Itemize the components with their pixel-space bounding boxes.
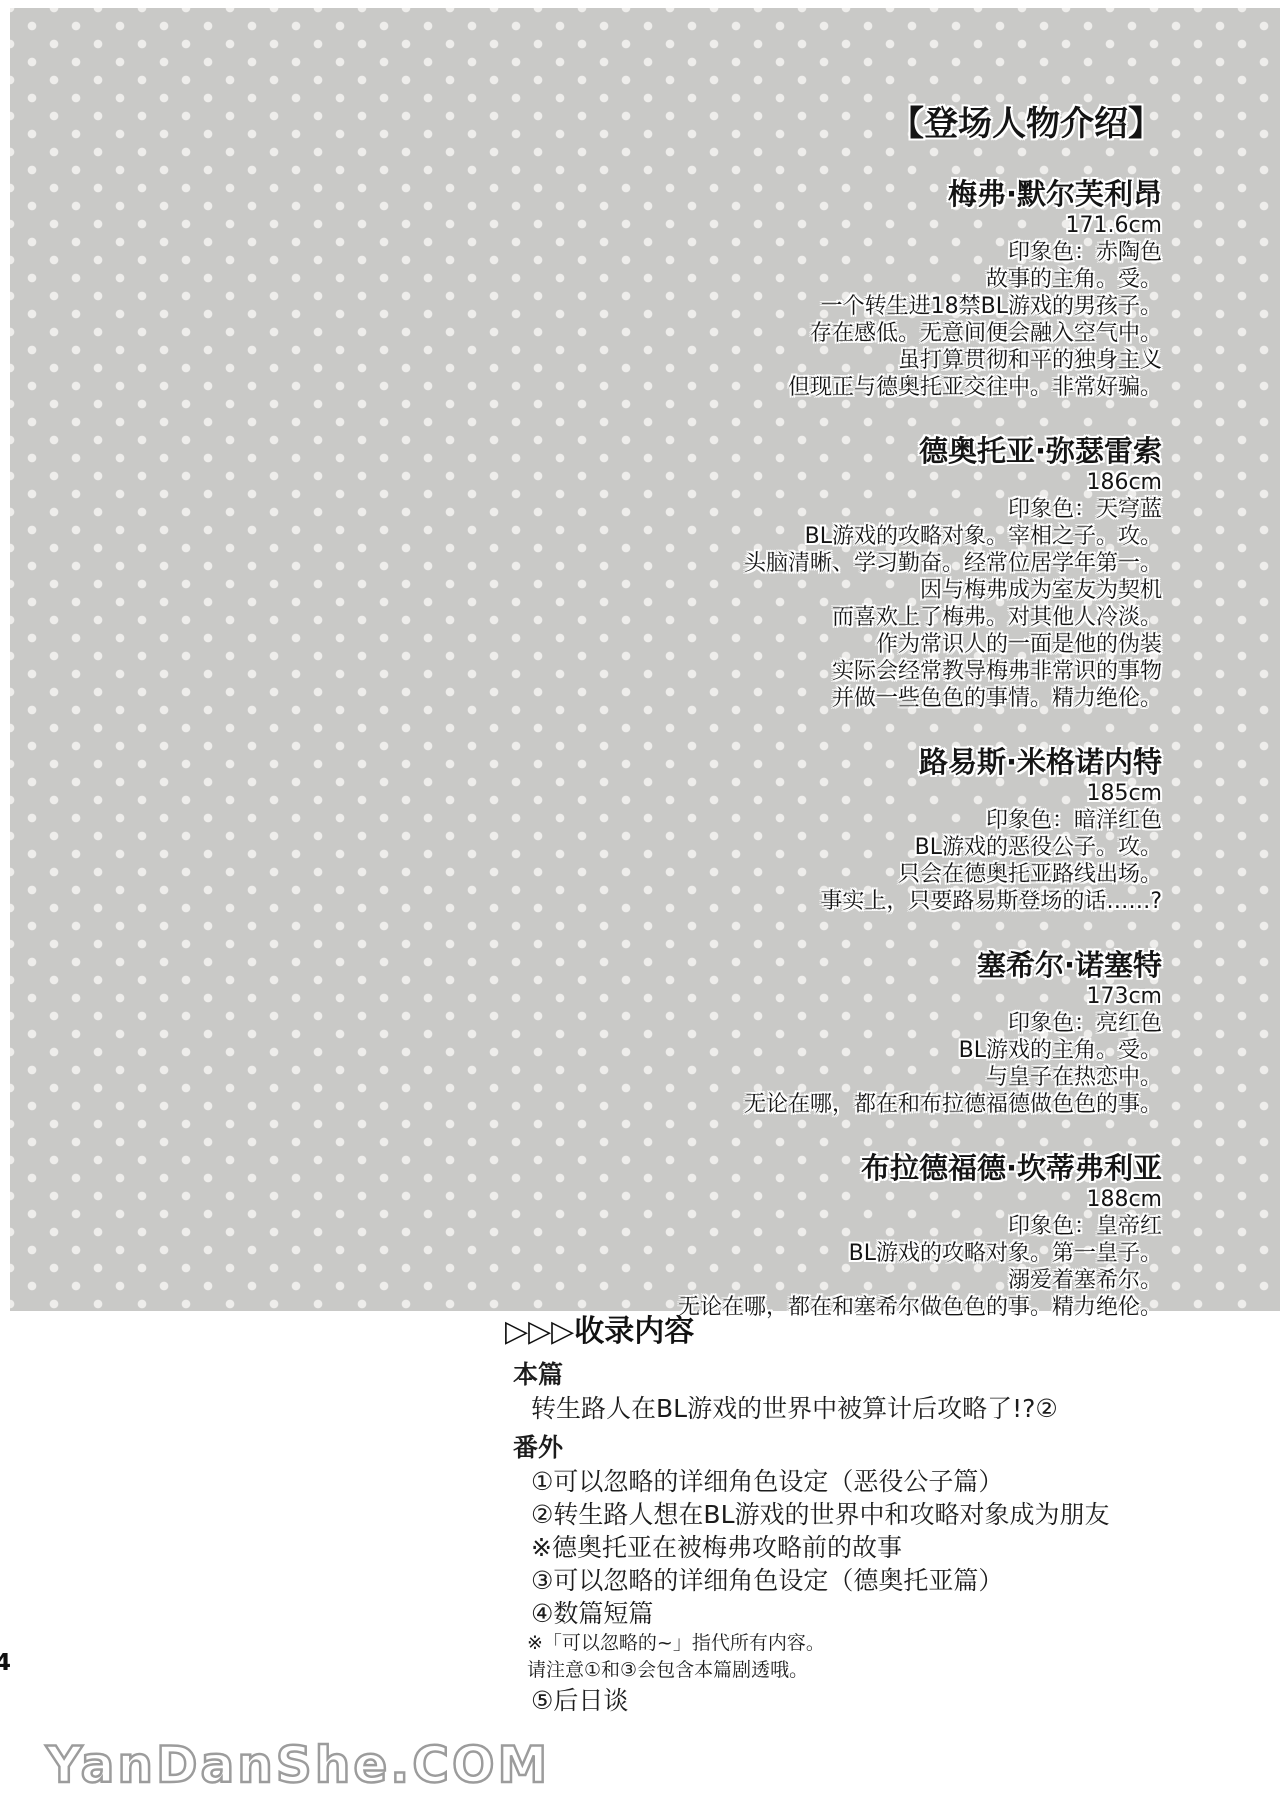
extras-header: 番外 xyxy=(513,1431,1225,1465)
page-number: 4 xyxy=(0,1650,11,1676)
character-description-line: 只会在德奥托亚路线出场。 xyxy=(100,861,1162,888)
character-description-line: 印象色：天穹蓝 xyxy=(100,496,1162,523)
character-description-line: 印象色：皇帝红 xyxy=(100,1213,1162,1240)
character-name: 德奥托亚·弥瑟雷索 xyxy=(100,433,1162,469)
character-block: 路易斯·米格诺内特 185cm 印象色：暗洋红色 BL游戏的恶役公子。攻。 只会… xyxy=(100,744,1162,915)
character-description-line: 作为常识人的一面是他的伪装 xyxy=(100,631,1162,658)
character-description: 印象色：赤陶色 故事的主角。受。 一个转生进18禁BL游戏的男孩子。 存在感低。… xyxy=(100,239,1162,401)
character-name: 路易斯·米格诺内特 xyxy=(100,744,1162,780)
character-description-line: 而喜欢上了梅弗。对其他人冷淡。 xyxy=(100,604,1162,631)
character-description-line: 存在感低。无意间便会融入空气中。 xyxy=(100,320,1162,347)
character-description-line: BL游戏的攻略对象。宰相之子。攻。 xyxy=(100,523,1162,550)
character-height: 186cm xyxy=(100,469,1162,496)
note-line: ※「可以忽略的~」指代所有内容。 xyxy=(527,1630,1225,1657)
extras-list: ①可以忽略的详细角色设定（恶役公子篇） ②转生路人想在BL游戏的世界中和攻略对象… xyxy=(505,1465,1225,1630)
character-description-line: 虽打算贯彻和平的独身主义 xyxy=(100,347,1162,374)
extras-item: ②转生路人想在BL游戏的世界中和攻略对象成为朋友 xyxy=(531,1498,1225,1531)
character-block: 梅弗·默尔芙利昂 171.6cm 印象色：赤陶色 故事的主角。受。 一个转生进1… xyxy=(100,176,1162,401)
character-description-line: 印象色：赤陶色 xyxy=(100,239,1162,266)
character-height: 171.6cm xyxy=(100,212,1162,239)
contents-title: ▷▷▷收录内容 xyxy=(505,1312,1225,1352)
watermark: YanDanShe.COM xyxy=(46,1736,550,1794)
extras-item: ④数篇短篇 xyxy=(531,1597,1225,1630)
extras-item: ①可以忽略的详细角色设定（恶役公子篇） xyxy=(531,1465,1225,1498)
character-description-line: BL游戏的攻略对象。第一皇子。 xyxy=(100,1240,1162,1267)
character-height: 185cm xyxy=(100,780,1162,807)
character-block: 塞希尔·诺塞特 173cm 印象色：亮红色 BL游戏的主角。受。 与皇子在热恋中… xyxy=(100,947,1162,1118)
character-description-line: 一个转生进18禁BL游戏的男孩子。 xyxy=(100,293,1162,320)
character-description-line: BL游戏的恶役公子。攻。 xyxy=(100,834,1162,861)
contents-panel: ▷▷▷收录内容 本篇 转生路人在BL游戏的世界中被算计后攻略了!?② 番外 ①可… xyxy=(505,1312,1225,1717)
character-height: 188cm xyxy=(100,1186,1162,1213)
character-block: 德奥托亚·弥瑟雷索 186cm 印象色：天穹蓝 BL游戏的攻略对象。宰相之子。攻… xyxy=(100,433,1162,712)
character-height: 173cm xyxy=(100,983,1162,1010)
character-description-line: 头脑清晰、学习勤奋。经常位居学年第一。 xyxy=(100,550,1162,577)
epilogue-item: ⑤后日谈 xyxy=(531,1684,1225,1717)
character-description-line: 溺爱着塞希尔。 xyxy=(100,1267,1162,1294)
character-description-line: 无论在哪，都在和布拉德福德做色色的事。 xyxy=(100,1091,1162,1118)
character-name: 梅弗·默尔芙利昂 xyxy=(100,176,1162,212)
main-story-item: 转生路人在BL游戏的世界中被算计后攻略了!?② xyxy=(531,1392,1225,1425)
character-description-line: 实际会经常教导梅弗非常识的事物 xyxy=(100,658,1162,685)
character-description-line: 故事的主角。受。 xyxy=(100,266,1162,293)
character-description: 印象色：皇帝红 BL游戏的攻略对象。第一皇子。 溺爱着塞希尔。 无论在哪，都在和… xyxy=(100,1213,1162,1321)
character-description-line: 并做一些色色的事情。精力绝伦。 xyxy=(100,685,1162,712)
character-section-title: 【登场人物介绍】 xyxy=(100,104,1162,144)
character-description-line: 印象色：暗洋红色 xyxy=(100,807,1162,834)
extras-item: ※德奥托亚在被梅弗攻略前的故事 xyxy=(531,1531,1225,1564)
character-description-line: 印象色：亮红色 xyxy=(100,1010,1162,1037)
scanned-book-page: 【登场人物介绍】 梅弗·默尔芙利昂 171.6cm 印象色：赤陶色 故事的主角。… xyxy=(0,0,1280,1808)
character-description-line: 事实上，只要路易斯登场的话……? xyxy=(100,888,1162,915)
character-intro-column: 【登场人物介绍】 梅弗·默尔芙利昂 171.6cm 印象色：赤陶色 故事的主角。… xyxy=(100,104,1162,1321)
character-description: 印象色：暗洋红色 BL游戏的恶役公子。攻。 只会在德奥托亚路线出场。 事实上，只… xyxy=(100,807,1162,915)
character-description-line: BL游戏的主角。受。 xyxy=(100,1037,1162,1064)
character-list: 梅弗·默尔芙利昂 171.6cm 印象色：赤陶色 故事的主角。受。 一个转生进1… xyxy=(100,176,1162,1321)
character-name: 塞希尔·诺塞特 xyxy=(100,947,1162,983)
notes-list: ※「可以忽略的~」指代所有内容。 请注意①和③会包含本篇剧透哦。 xyxy=(505,1630,1225,1684)
character-description-line: 但现正与德奥托亚交往中。非常好骗。 xyxy=(100,374,1162,401)
character-name: 布拉德福德·坎蒂弗利亚 xyxy=(100,1150,1162,1186)
main-story-header: 本篇 xyxy=(513,1358,1225,1392)
note-line: 请注意①和③会包含本篇剧透哦。 xyxy=(527,1657,1225,1684)
character-description-line: 因与梅弗成为室友为契机 xyxy=(100,577,1162,604)
character-block: 布拉德福德·坎蒂弗利亚 188cm 印象色：皇帝红 BL游戏的攻略对象。第一皇子… xyxy=(100,1150,1162,1321)
character-description-line: 与皇子在热恋中。 xyxy=(100,1064,1162,1091)
character-description: 印象色：亮红色 BL游戏的主角。受。 与皇子在热恋中。 无论在哪，都在和布拉德福… xyxy=(100,1010,1162,1118)
extras-item: ③可以忽略的详细角色设定（德奥托亚篇） xyxy=(531,1564,1225,1597)
character-description: 印象色：天穹蓝 BL游戏的攻略对象。宰相之子。攻。 头脑清晰、学习勤奋。经常位居… xyxy=(100,496,1162,712)
